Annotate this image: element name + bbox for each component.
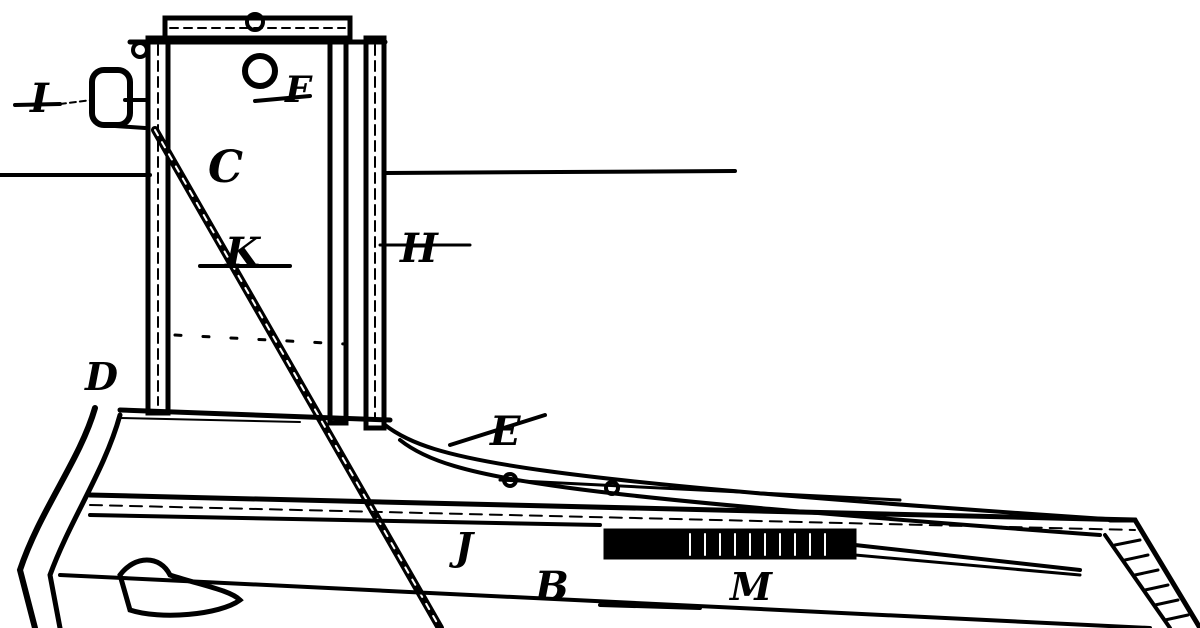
label-I: I (29, 75, 50, 122)
technical-drawing: I F C K H D E J B M (0, 0, 1200, 628)
label-F: F (284, 69, 313, 111)
label-K: K (224, 229, 262, 276)
label-J: J (449, 524, 476, 569)
label-B: B (534, 563, 569, 610)
label-E: E (489, 408, 521, 455)
label-C: C (208, 142, 243, 193)
label-M: M (728, 564, 773, 609)
label-D: D (84, 354, 118, 399)
label-H: H (399, 225, 439, 272)
